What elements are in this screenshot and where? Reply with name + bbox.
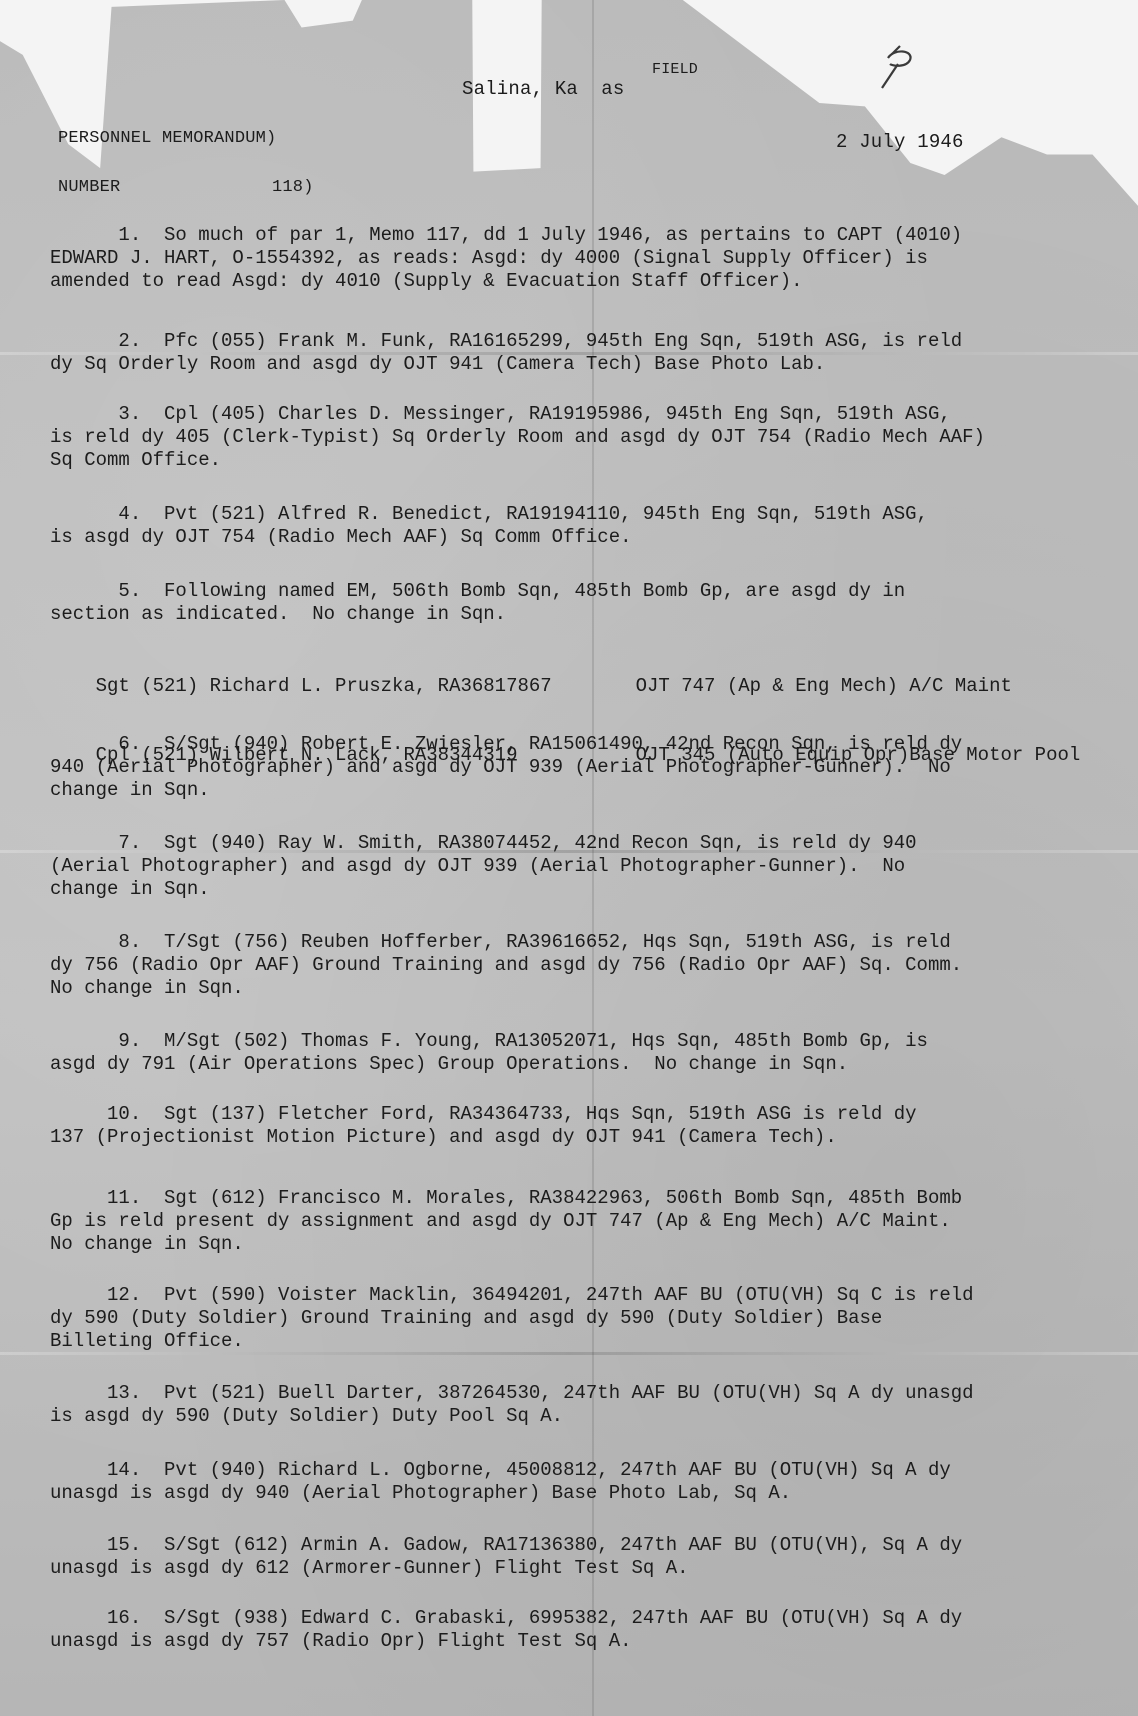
roster-row: Sgt (521) Richard L. Pruszka, RA36817867… xyxy=(50,652,1080,721)
memo-paragraph: 12. Pvt (590) Voister Macklin, 36494201,… xyxy=(50,1284,1110,1353)
paragraph-line: 7. Sgt (940) Ray W. Smith, RA38074452, 4… xyxy=(50,832,1110,855)
roster-table: Sgt (521) Richard L. Pruszka, RA36817867… xyxy=(50,652,1080,790)
paragraph-line: EDWARD J. HART, O-1554392, as reads: Asg… xyxy=(50,247,1110,270)
paragraph-line: 5. Following named EM, 506th Bomb Sqn, 4… xyxy=(50,580,1110,603)
memo-date: 2 July 1946 xyxy=(836,131,964,154)
paragraph-line: 2. Pfc (055) Frank M. Funk, RA16165299, … xyxy=(50,330,1110,353)
memo-paragraph: 15. S/Sgt (612) Armin A. Gadow, RA171363… xyxy=(50,1534,1110,1580)
header-location: Salina, Ka as xyxy=(462,78,624,101)
paragraph-line: unasgd is asgd dy 612 (Armorer-Gunner) F… xyxy=(50,1557,1110,1580)
memo-paragraph: 14. Pvt (940) Richard L. Ogborne, 450088… xyxy=(50,1459,1110,1505)
roster-name: Sgt (521) Richard L. Pruszka, RA36817867 xyxy=(96,675,636,698)
paragraph-line: amended to read Asgd: dy 4010 (Supply & … xyxy=(50,270,1110,293)
memo-paragraph: 7. Sgt (940) Ray W. Smith, RA38074452, 4… xyxy=(50,832,1110,901)
memo-paragraph: 2. Pfc (055) Frank M. Funk, RA16165299, … xyxy=(50,330,1110,376)
paragraph-line: No change in Sqn. xyxy=(50,977,1110,1000)
paragraph-line: 16. S/Sgt (938) Edward C. Grabaski, 6995… xyxy=(50,1607,1110,1630)
roster-assignment: OJT 747 (Ap & Eng Mech) A/C Maint xyxy=(636,675,1012,697)
paragraph-line: 9. M/Sgt (502) Thomas F. Young, RA130520… xyxy=(50,1030,1110,1053)
paragraph-line: 13. Pvt (521) Buell Darter, 387264530, 2… xyxy=(50,1382,1110,1405)
paragraph-line: is reld dy 405 (Clerk-Typist) Sq Orderly… xyxy=(50,426,1110,449)
memo-paragraph: 1. So much of par 1, Memo 117, dd 1 July… xyxy=(50,224,1110,293)
paragraph-line: 4. Pvt (521) Alfred R. Benedict, RA19194… xyxy=(50,503,1110,526)
roster-name: Cpl (521) Wilbert N. Lack, RA38344319 xyxy=(96,744,636,767)
handwritten-mark-icon xyxy=(870,44,930,104)
paragraph-line: Billeting Office. xyxy=(50,1330,1110,1353)
memo-paragraph: 4. Pvt (521) Alfred R. Benedict, RA19194… xyxy=(50,503,1110,549)
memo-number-value: 118) xyxy=(272,176,314,199)
paragraph-line: is asgd dy OJT 754 (Radio Mech AAF) Sq C… xyxy=(50,526,1110,549)
memo-paragraph: 16. S/Sgt (938) Edward C. Grabaski, 6995… xyxy=(50,1607,1110,1653)
paragraph-line: section as indicated. No change in Sqn. xyxy=(50,603,1110,626)
paragraph-line: 3. Cpl (405) Charles D. Messinger, RA191… xyxy=(50,403,1110,426)
paragraph-line: 11. Sgt (612) Francisco M. Morales, RA38… xyxy=(50,1187,1110,1210)
memo-paragraph: 3. Cpl (405) Charles D. Messinger, RA191… xyxy=(50,403,1110,472)
paragraph-line: dy 756 (Radio Opr AAF) Ground Training a… xyxy=(50,954,1110,977)
paragraph-line: Gp is reld present dy assignment and asg… xyxy=(50,1210,1110,1233)
paragraph-line: 1. So much of par 1, Memo 117, dd 1 July… xyxy=(50,224,1110,247)
memo-paragraph: 5. Following named EM, 506th Bomb Sqn, 4… xyxy=(50,580,1110,626)
paragraph-line: dy 590 (Duty Soldier) Ground Training an… xyxy=(50,1307,1110,1330)
paragraph-line: No change in Sqn. xyxy=(50,1233,1110,1256)
paragraph-line: asgd dy 791 (Air Operations Spec) Group … xyxy=(50,1053,1110,1076)
memo-paragraph: 8. T/Sgt (756) Reuben Hofferber, RA39616… xyxy=(50,931,1110,1000)
paragraph-line: unasgd is asgd dy 940 (Aerial Photograph… xyxy=(50,1482,1110,1505)
paragraph-line: Sq Comm Office. xyxy=(50,449,1110,472)
paragraph-line: unasgd is asgd dy 757 (Radio Opr) Flight… xyxy=(50,1630,1110,1653)
paragraph-line: is asgd dy 590 (Duty Soldier) Duty Pool … xyxy=(50,1405,1110,1428)
paragraph-line: 12. Pvt (590) Voister Macklin, 36494201,… xyxy=(50,1284,1110,1307)
header-field-fragment: FIELD xyxy=(652,58,698,81)
paragraph-line: 15. S/Sgt (612) Armin A. Gadow, RA171363… xyxy=(50,1534,1110,1557)
paragraph-line: 8. T/Sgt (756) Reuben Hofferber, RA39616… xyxy=(50,931,1110,954)
memo-paragraph: 10. Sgt (137) Fletcher Ford, RA34364733,… xyxy=(50,1103,1110,1149)
paragraph-line: dy Sq Orderly Room and asgd dy OJT 941 (… xyxy=(50,353,1110,376)
memo-title: PERSONNEL MEMORANDUM) xyxy=(58,127,276,150)
memo-number-label: NUMBER xyxy=(58,176,120,199)
memo-paragraph: 13. Pvt (521) Buell Darter, 387264530, 2… xyxy=(50,1382,1110,1428)
paragraph-line: 137 (Projectionist Motion Picture) and a… xyxy=(50,1126,1110,1149)
paragraph-line: 10. Sgt (137) Fletcher Ford, RA34364733,… xyxy=(50,1103,1110,1126)
paragraph-line: change in Sqn. xyxy=(50,878,1110,901)
roster-row: Cpl (521) Wilbert N. Lack, RA38344319OJT… xyxy=(50,721,1080,790)
memo-paragraph: 11. Sgt (612) Francisco M. Morales, RA38… xyxy=(50,1187,1110,1256)
paragraph-line: (Aerial Photographer) and asgd dy OJT 93… xyxy=(50,855,1110,878)
roster-assignment: OJT 345 (Auto Equip Opr)Base Motor Pool xyxy=(636,744,1081,766)
paragraph-line: 14. Pvt (940) Richard L. Ogborne, 450088… xyxy=(50,1459,1110,1482)
memo-paragraph: 9. M/Sgt (502) Thomas F. Young, RA130520… xyxy=(50,1030,1110,1076)
